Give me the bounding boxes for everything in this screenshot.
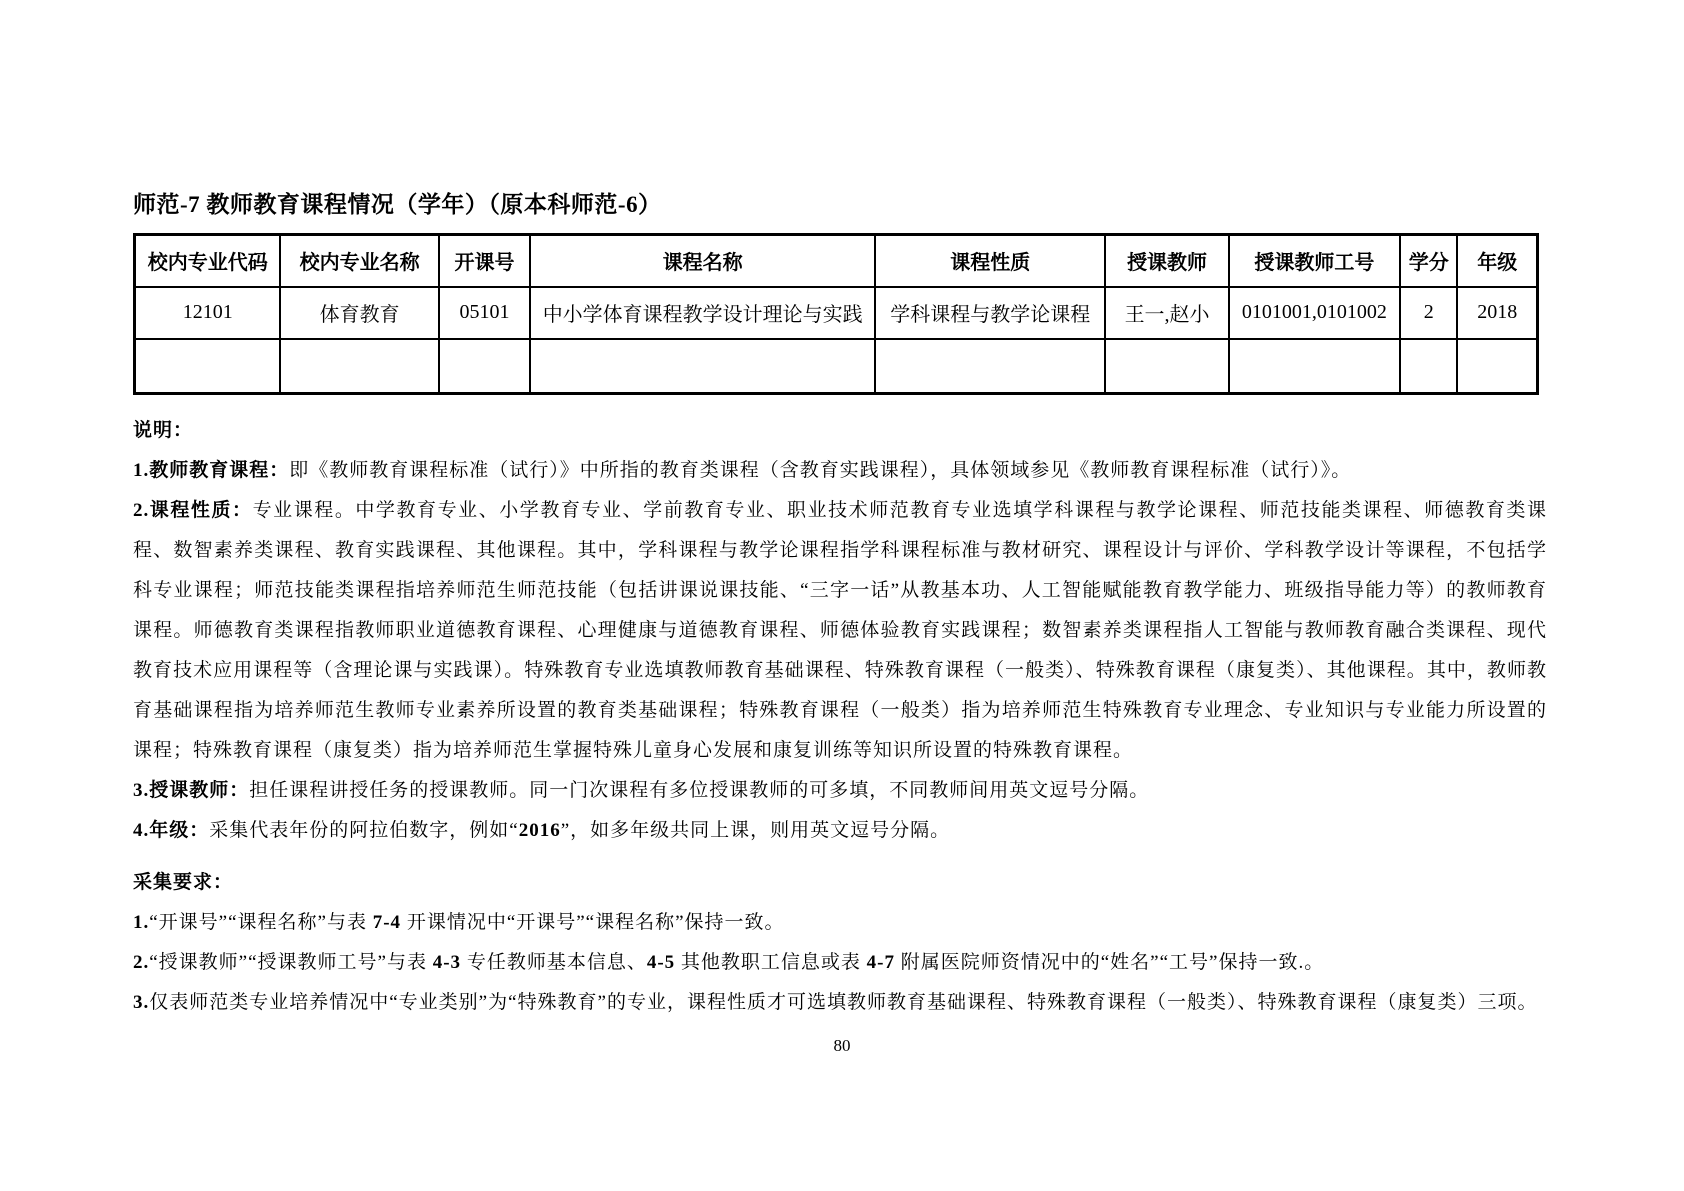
header-teacher-id: 授课教师工号 (1229, 235, 1400, 287)
teacher-education-course-table: 校内专业代码 校内专业名称 开课号 课程名称 课程性质 授课教师 授课教师工号 … (133, 233, 1539, 395)
table-row-empty (135, 339, 1538, 394)
cell-grade: 2018 (1457, 287, 1537, 339)
cell-credits: 2 (1400, 287, 1458, 339)
cell-course-open-id: 05101 (439, 287, 530, 339)
cell-empty (280, 339, 439, 394)
cell-empty (1457, 339, 1537, 394)
note-item-3: 3.授课教师：担任课程讲授任务的授课教师。同一门次课程有多位授课教师的可多填，不… (133, 771, 1547, 811)
cell-empty (439, 339, 530, 394)
note-item-2: 2.课程性质：专业课程。中学教育专业、小学教育专业、学前教育专业、职业技术师范教… (133, 491, 1547, 771)
note-item-1: 1.教师教育课程：即《教师教育课程标准（试行）》中所指的教育类课程（含教育实践课… (133, 451, 1547, 491)
header-major-name: 校内专业名称 (280, 235, 439, 287)
page-number: 80 (0, 1036, 1684, 1056)
document-page: 师范-7 教师教育课程情况（学年）（原本科师范-6） 校内专业代码 校内专业名称… (0, 0, 1684, 1191)
cell-major-name: 体育教育 (280, 287, 439, 339)
notes-heading: 说明： (133, 411, 1547, 451)
requirements-section: 采集要求： 1.“开课号”“课程名称”与表 7-4 开课情况中“开课号”“课程名… (133, 863, 1547, 1023)
cell-empty (135, 339, 281, 394)
note-item-4: 4.年级：采集代表年份的阿拉伯数字，例如“2016”，如多年级共同上课，则用英文… (133, 811, 1547, 851)
requirements-heading: 采集要求： (133, 863, 1547, 903)
cell-empty (530, 339, 875, 394)
header-course-name: 课程名称 (530, 235, 875, 287)
cell-course-nature: 学科课程与教学论课程 (875, 287, 1105, 339)
header-major-code: 校内专业代码 (135, 235, 281, 287)
cell-empty (1400, 339, 1458, 394)
cell-empty (875, 339, 1105, 394)
cell-empty (1229, 339, 1400, 394)
page-title: 师范-7 教师教育课程情况（学年）（原本科师范-6） (133, 186, 1547, 219)
cell-teacher: 王一,赵小 (1105, 287, 1228, 339)
table-row: 12101 体育教育 05101 中小学体育课程教学设计理论与实践 学科课程与教… (135, 287, 1538, 339)
requirement-item-3: 3.仅表师范类专业培养情况中“专业类别”为“特殊教育”的专业，课程性质才可选填教… (133, 983, 1547, 1023)
notes-section: 说明： 1.教师教育课程：即《教师教育课程标准（试行）》中所指的教育类课程（含教… (133, 411, 1547, 851)
cell-course-name: 中小学体育课程教学设计理论与实践 (530, 287, 875, 339)
cell-empty (1105, 339, 1228, 394)
requirement-item-1: 1.“开课号”“课程名称”与表 7-4 开课情况中“开课号”“课程名称”保持一致… (133, 903, 1547, 943)
header-grade: 年级 (1457, 235, 1537, 287)
cell-major-code: 12101 (135, 287, 281, 339)
cell-teacher-id: 0101001,0101002 (1229, 287, 1400, 339)
header-credits: 学分 (1400, 235, 1458, 287)
header-teacher: 授课教师 (1105, 235, 1228, 287)
header-course-nature: 课程性质 (875, 235, 1105, 287)
header-course-open-id: 开课号 (439, 235, 530, 287)
requirement-item-2: 2.“授课教师”“授课教师工号”与表 4-3 专任教师基本信息、4-5 其他教职… (133, 943, 1547, 983)
table-header-row: 校内专业代码 校内专业名称 开课号 课程名称 课程性质 授课教师 授课教师工号 … (135, 235, 1538, 287)
